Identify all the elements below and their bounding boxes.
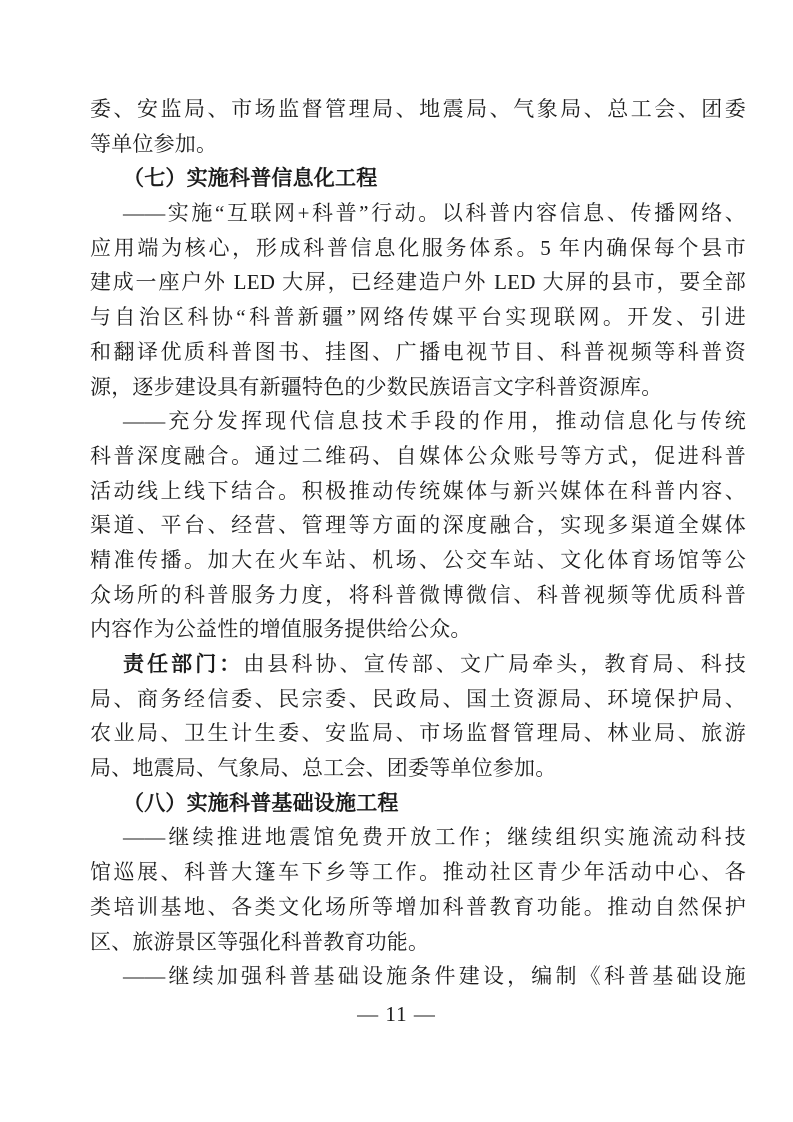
body-line: 等单位参加。 xyxy=(90,127,746,162)
body-line: 精准传播。加大在火车站、机场、公交车站、文化体育场馆等公 xyxy=(90,543,746,578)
body-line: 众场所的科普服务力度，将科普微博微信、科普视频等优质科普 xyxy=(90,578,746,613)
body-line: 和翻译优质科普图书、挂图、广播电视节目、科普视频等科普资 xyxy=(90,335,746,370)
body-line: ——继续加强科普基础设施条件建设，编制《科普基础设施 xyxy=(90,959,746,994)
body-line: 农业局、卫生计生委、安监局、市场监督管理局、林业局、旅游 xyxy=(90,716,746,751)
body-line: 内容作为公益性的增值服务提供给公众。 xyxy=(90,612,746,647)
body-line: 源，逐步建设具有新疆特色的少数民族语言文字科普资源库。 xyxy=(90,370,746,405)
body-line: 局、商务经信委、民宗委、民政局、国土资源局、环境保护局、 xyxy=(90,682,746,717)
text-segment: ——充分发挥现代信息技术手段的作用，推动信息化与传统 xyxy=(123,409,746,433)
text-segment: 科普深度融合。通过二维码、自媒体公众账号等方式，促进科普 xyxy=(90,444,746,468)
text-segment: 应用端为核心，形成科普信息化服务体系。5 年内确保每个县市 xyxy=(90,236,746,260)
text-segment: 等单位参加。 xyxy=(90,132,217,156)
body-line: 局、地震局、气象局、总工会、团委等单位参加。 xyxy=(90,751,746,786)
bold-text-segment: （八）实施科普基础设施工程 xyxy=(123,791,399,815)
text-segment: ——继续加强科普基础设施条件建设，编制《科普基础设施 xyxy=(123,964,746,988)
body-line: 渠道、平台、经营、管理等方面的深度融合，实现多渠道全媒体 xyxy=(90,508,746,543)
text-segment: 和翻译优质科普图书、挂图、广播电视节目、科普视频等科普资 xyxy=(90,340,746,364)
text-segment: 由县科协、宣传部、文广局牵头，教育局、科技 xyxy=(243,652,746,676)
body-line: ——继续推进地震馆免费开放工作；继续组织实施流动科技 xyxy=(90,820,746,855)
body-line: 委、安监局、市场监督管理局、地震局、气象局、总工会、团委 xyxy=(90,92,746,127)
text-segment: ——实施“互联网+科普”行动。以科普内容信息、传播网络、 xyxy=(123,201,746,225)
text-segment: ——继续推进地震馆免费开放工作；继续组织实施流动科技 xyxy=(123,825,746,849)
section-heading: （八）实施科普基础设施工程 xyxy=(90,786,746,821)
text-segment: 区、旅游景区等强化科普教育功能。 xyxy=(90,930,429,954)
body-line: ——充分发挥现代信息技术手段的作用，推动信息化与传统 xyxy=(90,404,746,439)
section-heading: （七）实施科普信息化工程 xyxy=(90,161,746,196)
body-line: 应用端为核心，形成科普信息化服务体系。5 年内确保每个县市 xyxy=(90,231,746,266)
text-segment: 内容作为公益性的增值服务提供给公众。 xyxy=(90,617,472,641)
body-line: 与自治区科协“科普新疆”网络传媒平台实现联网。开发、引进 xyxy=(90,300,746,335)
body-line: 责任部门：由县科协、宣传部、文广局牵头，教育局、科技 xyxy=(90,647,746,682)
page-number: — 11 — xyxy=(0,1002,793,1027)
text-segment: 精准传播。加大在火车站、机场、公交车站、文化体育场馆等公 xyxy=(90,548,746,572)
text-segment: 渠道、平台、经营、管理等方面的深度融合，实现多渠道全媒体 xyxy=(90,513,746,537)
text-segment: 众场所的科普服务力度，将科普微博微信、科普视频等优质科普 xyxy=(90,583,746,607)
text-segment: 建成一座户外 LED 大屏，已经建造户外 LED 大屏的县市，要全部 xyxy=(90,270,746,294)
body-line: ——实施“互联网+科普”行动。以科普内容信息、传播网络、 xyxy=(90,196,746,231)
body-line: 科普深度融合。通过二维码、自媒体公众账号等方式，促进科普 xyxy=(90,439,746,474)
text-segment: 源，逐步建设具有新疆特色的少数民族语言文字科普资源库。 xyxy=(90,375,662,399)
document-body: 委、安监局、市场监督管理局、地震局、气象局、总工会、团委等单位参加。（七）实施科… xyxy=(90,92,746,994)
text-segment: 委、安监局、市场监督管理局、地震局、气象局、总工会、团委 xyxy=(90,97,746,121)
bold-text-segment: 责任部门： xyxy=(123,652,243,676)
body-line: 活动线上线下结合。积极推动传统媒体与新兴媒体在科普内容、 xyxy=(90,474,746,509)
text-segment: 局、商务经信委、民宗委、民政局、国土资源局、环境保护局、 xyxy=(90,687,746,711)
body-line: 馆巡展、科普大篷车下乡等工作。推动社区青少年活动中心、各 xyxy=(90,855,746,890)
text-segment: 类培训基地、各类文化场所等增加科普教育功能。推动自然保护 xyxy=(90,895,746,919)
body-line: 区、旅游景区等强化科普教育功能。 xyxy=(90,925,746,960)
text-segment: 活动线上线下结合。积极推动传统媒体与新兴媒体在科普内容、 xyxy=(90,479,746,503)
body-line: 建成一座户外 LED 大屏，已经建造户外 LED 大屏的县市，要全部 xyxy=(90,265,746,300)
text-segment: 馆巡展、科普大篷车下乡等工作。推动社区青少年活动中心、各 xyxy=(90,860,746,884)
text-segment: 农业局、卫生计生委、安监局、市场监督管理局、林业局、旅游 xyxy=(90,721,746,745)
bold-text-segment: （七）实施科普信息化工程 xyxy=(123,166,377,190)
text-segment: 局、地震局、气象局、总工会、团委等单位参加。 xyxy=(90,756,556,780)
text-segment: 与自治区科协“科普新疆”网络传媒平台实现联网。开发、引进 xyxy=(90,305,746,329)
body-line: 类培训基地、各类文化场所等增加科普教育功能。推动自然保护 xyxy=(90,890,746,925)
